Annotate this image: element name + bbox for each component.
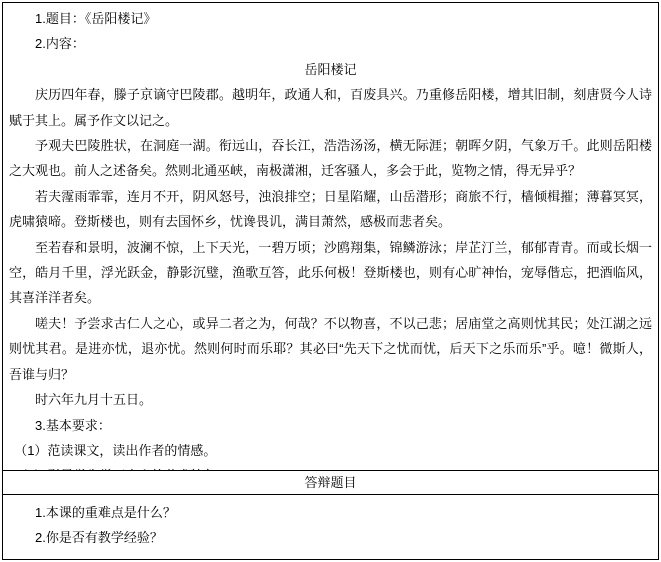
article-paragraph-1: 庆历四年春，滕子京谪守巴陵郡。越明年，政通人和，百废具兴。乃重修岳阳楼，增其旧制… [9,82,652,133]
article-paragraph-4: 至若春和景明，波澜不惊，上下天光，一碧万顷；沙鸥翔集，锦鳞游泳；岸芷汀兰，郁郁青… [9,235,652,311]
article-paragraph-3: 若夫霪雨霏霏，连月不开，阴风怒号，浊浪排空；日星陷耀，山岳潜形；商旅不行，樯倾楫… [9,184,652,235]
defense-header-title: 答辩题目 [304,475,356,490]
defense-question-1: 1.本课的重难点是什么？ [9,500,652,525]
question-title-line: 1.题目：《岳阳楼记》 [9,6,652,31]
defense-header-cell: 答辩题目 [3,470,658,495]
article-title: 岳阳楼记 [9,57,652,82]
requirement-item-1: （1）范读课文，读出作者的情感。 [9,438,652,463]
question-table: 1.题目：《岳阳楼记》 2.内容： 岳阳楼记 庆历四年春，滕子京谪守巴陵郡。越明… [2,2,659,560]
question-main-cell: 1.题目：《岳阳楼记》 2.内容： 岳阳楼记 庆历四年春，滕子京谪守巴陵郡。越明… [3,3,658,470]
requirement-item-2: （2）引导学生学习本文的艺术特色。 [9,463,652,470]
defense-questions-cell: 1.本课的重难点是什么？ 2.你是否有教学经验？ [3,495,658,559]
content-label-line: 2.内容： [9,31,652,56]
article-paragraph-2: 予观夫巴陵胜状，在洞庭一湖。衔远山，吞长江，浩浩汤汤，横无际涯；朝晖夕阴，气象万… [9,133,652,184]
exam-question-sheet: 1.题目：《岳阳楼记》 2.内容： 岳阳楼记 庆历四年春，滕子京谪守巴陵郡。越明… [0,0,661,562]
requirements-label: 3.基本要求： [9,413,652,438]
article-paragraph-date: 时六年九月十五日。 [9,387,652,412]
defense-question-2: 2.你是否有教学经验？ [9,525,652,550]
article-paragraph-5: 嗟夫！予尝求古仁人之心，或异二者之为，何哉？不以物喜，不以己悲；居庙堂之高则忧其… [9,311,652,387]
